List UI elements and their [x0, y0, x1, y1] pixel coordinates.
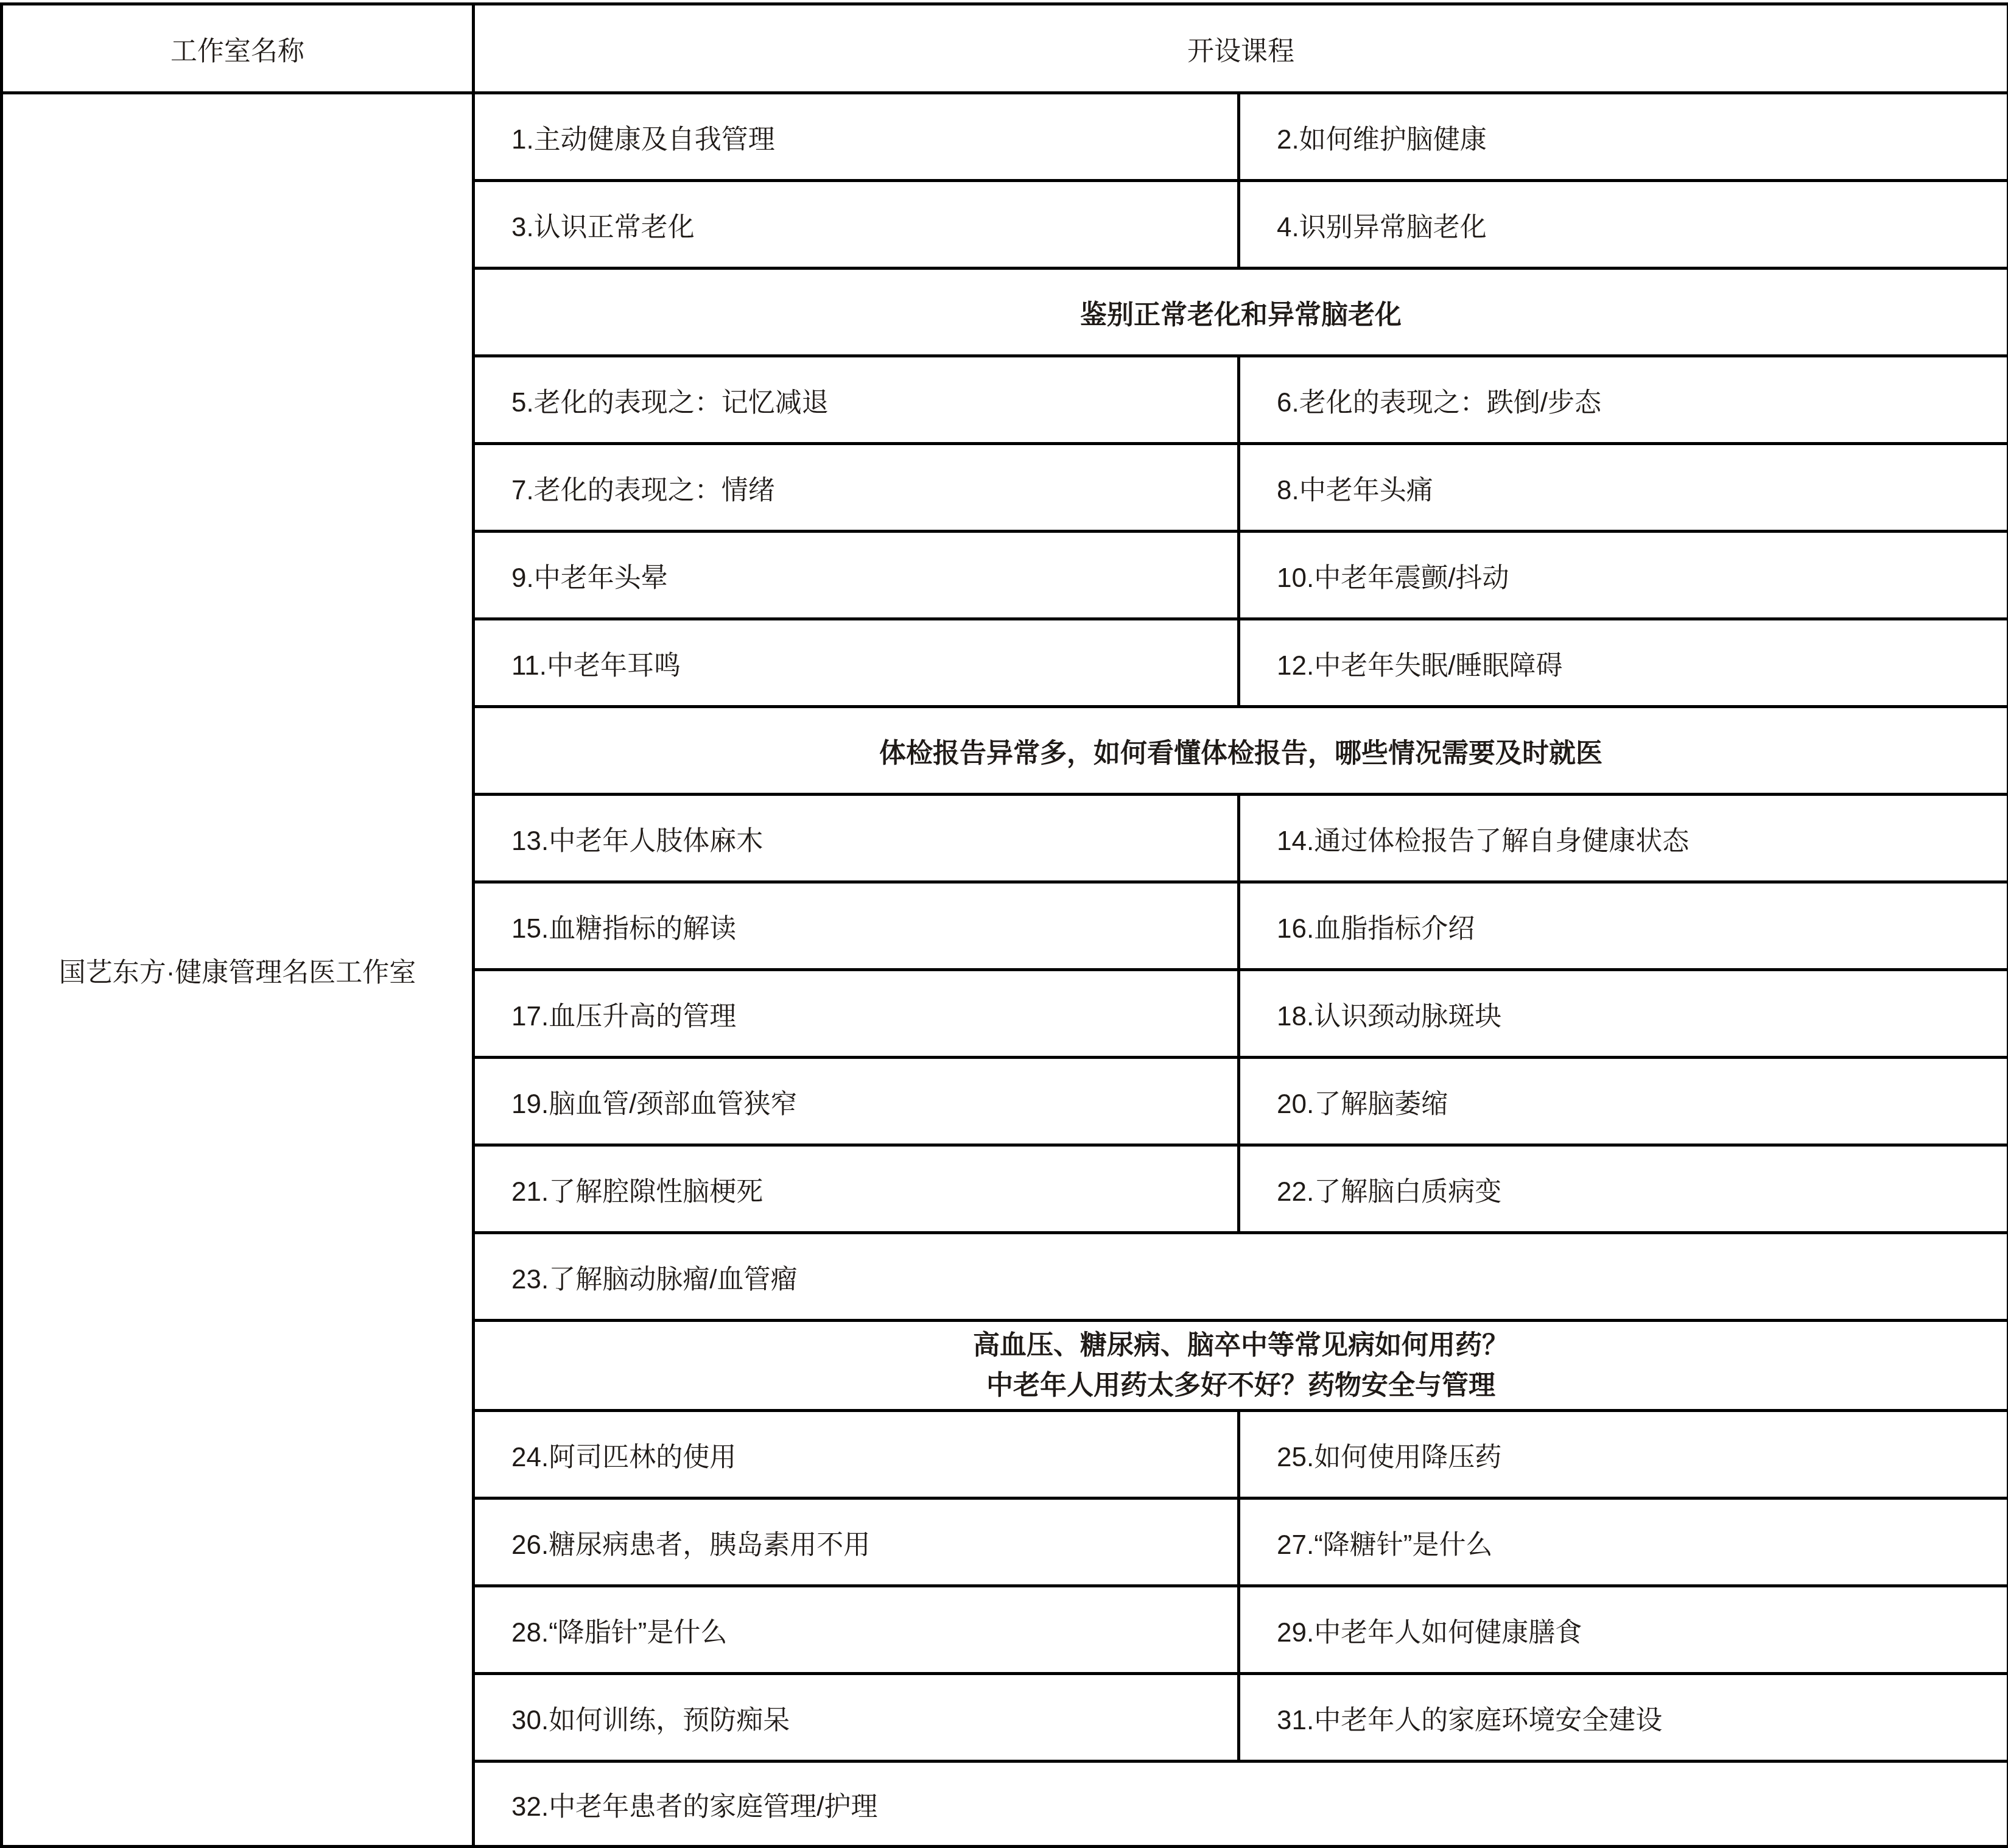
- course-item-1: 1.主动健康及自我管理: [474, 93, 1239, 181]
- course-item-5: 5.老化的表现之：记忆减退: [474, 356, 1239, 444]
- course-item-11: 11.中老年耳鸣: [474, 619, 1239, 707]
- course-item-3: 3.认识正常老化: [474, 181, 1239, 269]
- course-item-24: 24.阿司匹林的使用: [474, 1411, 1239, 1498]
- course-item-32: 32.中老年患者的家庭管理/护理: [474, 1762, 2008, 1847]
- course-item-18: 18.认识颈动脉斑块: [1239, 970, 2008, 1058]
- table-row: 国艺东方·健康管理名医工作室 1.主动健康及自我管理 2.如何维护脑健康: [2, 93, 2008, 181]
- course-item-16: 16.血脂指标介绍: [1239, 882, 2008, 970]
- header-row: 工作室名称 开设课程: [2, 4, 2008, 93]
- course-item-12: 12.中老年失眠/睡眠障碍: [1239, 619, 2008, 707]
- course-item-31: 31.中老年人的家庭环境安全建设: [1239, 1674, 2008, 1762]
- page: 工作室名称 开设课程 国艺东方·健康管理名医工作室 1.主动健康及自我管理 2.…: [0, 0, 2008, 1840]
- course-item-17: 17.血压升高的管理: [474, 970, 1239, 1058]
- course-item-14: 14.通过体检报告了解自身健康状态: [1239, 795, 2008, 882]
- studio-name-cell: 国艺东方·健康管理名医工作室: [2, 93, 474, 1847]
- section-header-medication: 高血压、糖尿病、脑卒中等常见病如何用药？ 中老年人用药太多好不好？药物安全与管理: [474, 1321, 2008, 1411]
- section-medication-line1: 高血压、糖尿病、脑卒中等常见病如何用药？: [476, 1326, 2006, 1366]
- course-item-29: 29.中老年人如何健康膳食: [1239, 1586, 2008, 1674]
- course-item-15: 15.血糖指标的解读: [474, 882, 1239, 970]
- course-item-4: 4.识别异常脑老化: [1239, 181, 2008, 269]
- column-header-studio: 工作室名称: [2, 4, 474, 93]
- section-header-checkup: 体检报告异常多，如何看懂体检报告，哪些情况需要及时就医: [474, 707, 2008, 795]
- course-item-26: 26.糖尿病患者，胰岛素用不用: [474, 1498, 1239, 1586]
- course-item-9: 9.中老年头晕: [474, 532, 1239, 619]
- course-table: 工作室名称 开设课程 国艺东方·健康管理名医工作室 1.主动健康及自我管理 2.…: [0, 2, 2008, 1848]
- course-item-8: 8.中老年头痛: [1239, 444, 2008, 532]
- course-item-19: 19.脑血管/颈部血管狭窄: [474, 1058, 1239, 1145]
- section-medication-line2: 中老年人用药太多好不好？药物安全与管理: [476, 1366, 2006, 1406]
- course-item-23: 23.了解脑动脉瘤/血管瘤: [474, 1233, 2008, 1321]
- column-header-courses: 开设课程: [474, 4, 2008, 93]
- course-item-22: 22.了解脑白质病变: [1239, 1145, 2008, 1233]
- section-header-aging: 鉴别正常老化和异常脑老化: [474, 269, 2008, 356]
- course-item-30: 30.如何训练，预防痴呆: [474, 1674, 1239, 1762]
- course-item-20: 20.了解脑萎缩: [1239, 1058, 2008, 1145]
- course-item-28: 28.“降脂针”是什么: [474, 1586, 1239, 1674]
- course-item-10: 10.中老年震颤/抖动: [1239, 532, 2008, 619]
- course-item-21: 21.了解腔隙性脑梗死: [474, 1145, 1239, 1233]
- course-item-7: 7.老化的表现之：情绪: [474, 444, 1239, 532]
- course-item-6: 6.老化的表现之：跌倒/步态: [1239, 356, 2008, 444]
- course-item-27: 27.“降糖针”是什么: [1239, 1498, 2008, 1586]
- course-item-13: 13.中老年人肢体麻木: [474, 795, 1239, 882]
- course-item-25: 25.如何使用降压药: [1239, 1411, 2008, 1498]
- course-item-2: 2.如何维护脑健康: [1239, 93, 2008, 181]
